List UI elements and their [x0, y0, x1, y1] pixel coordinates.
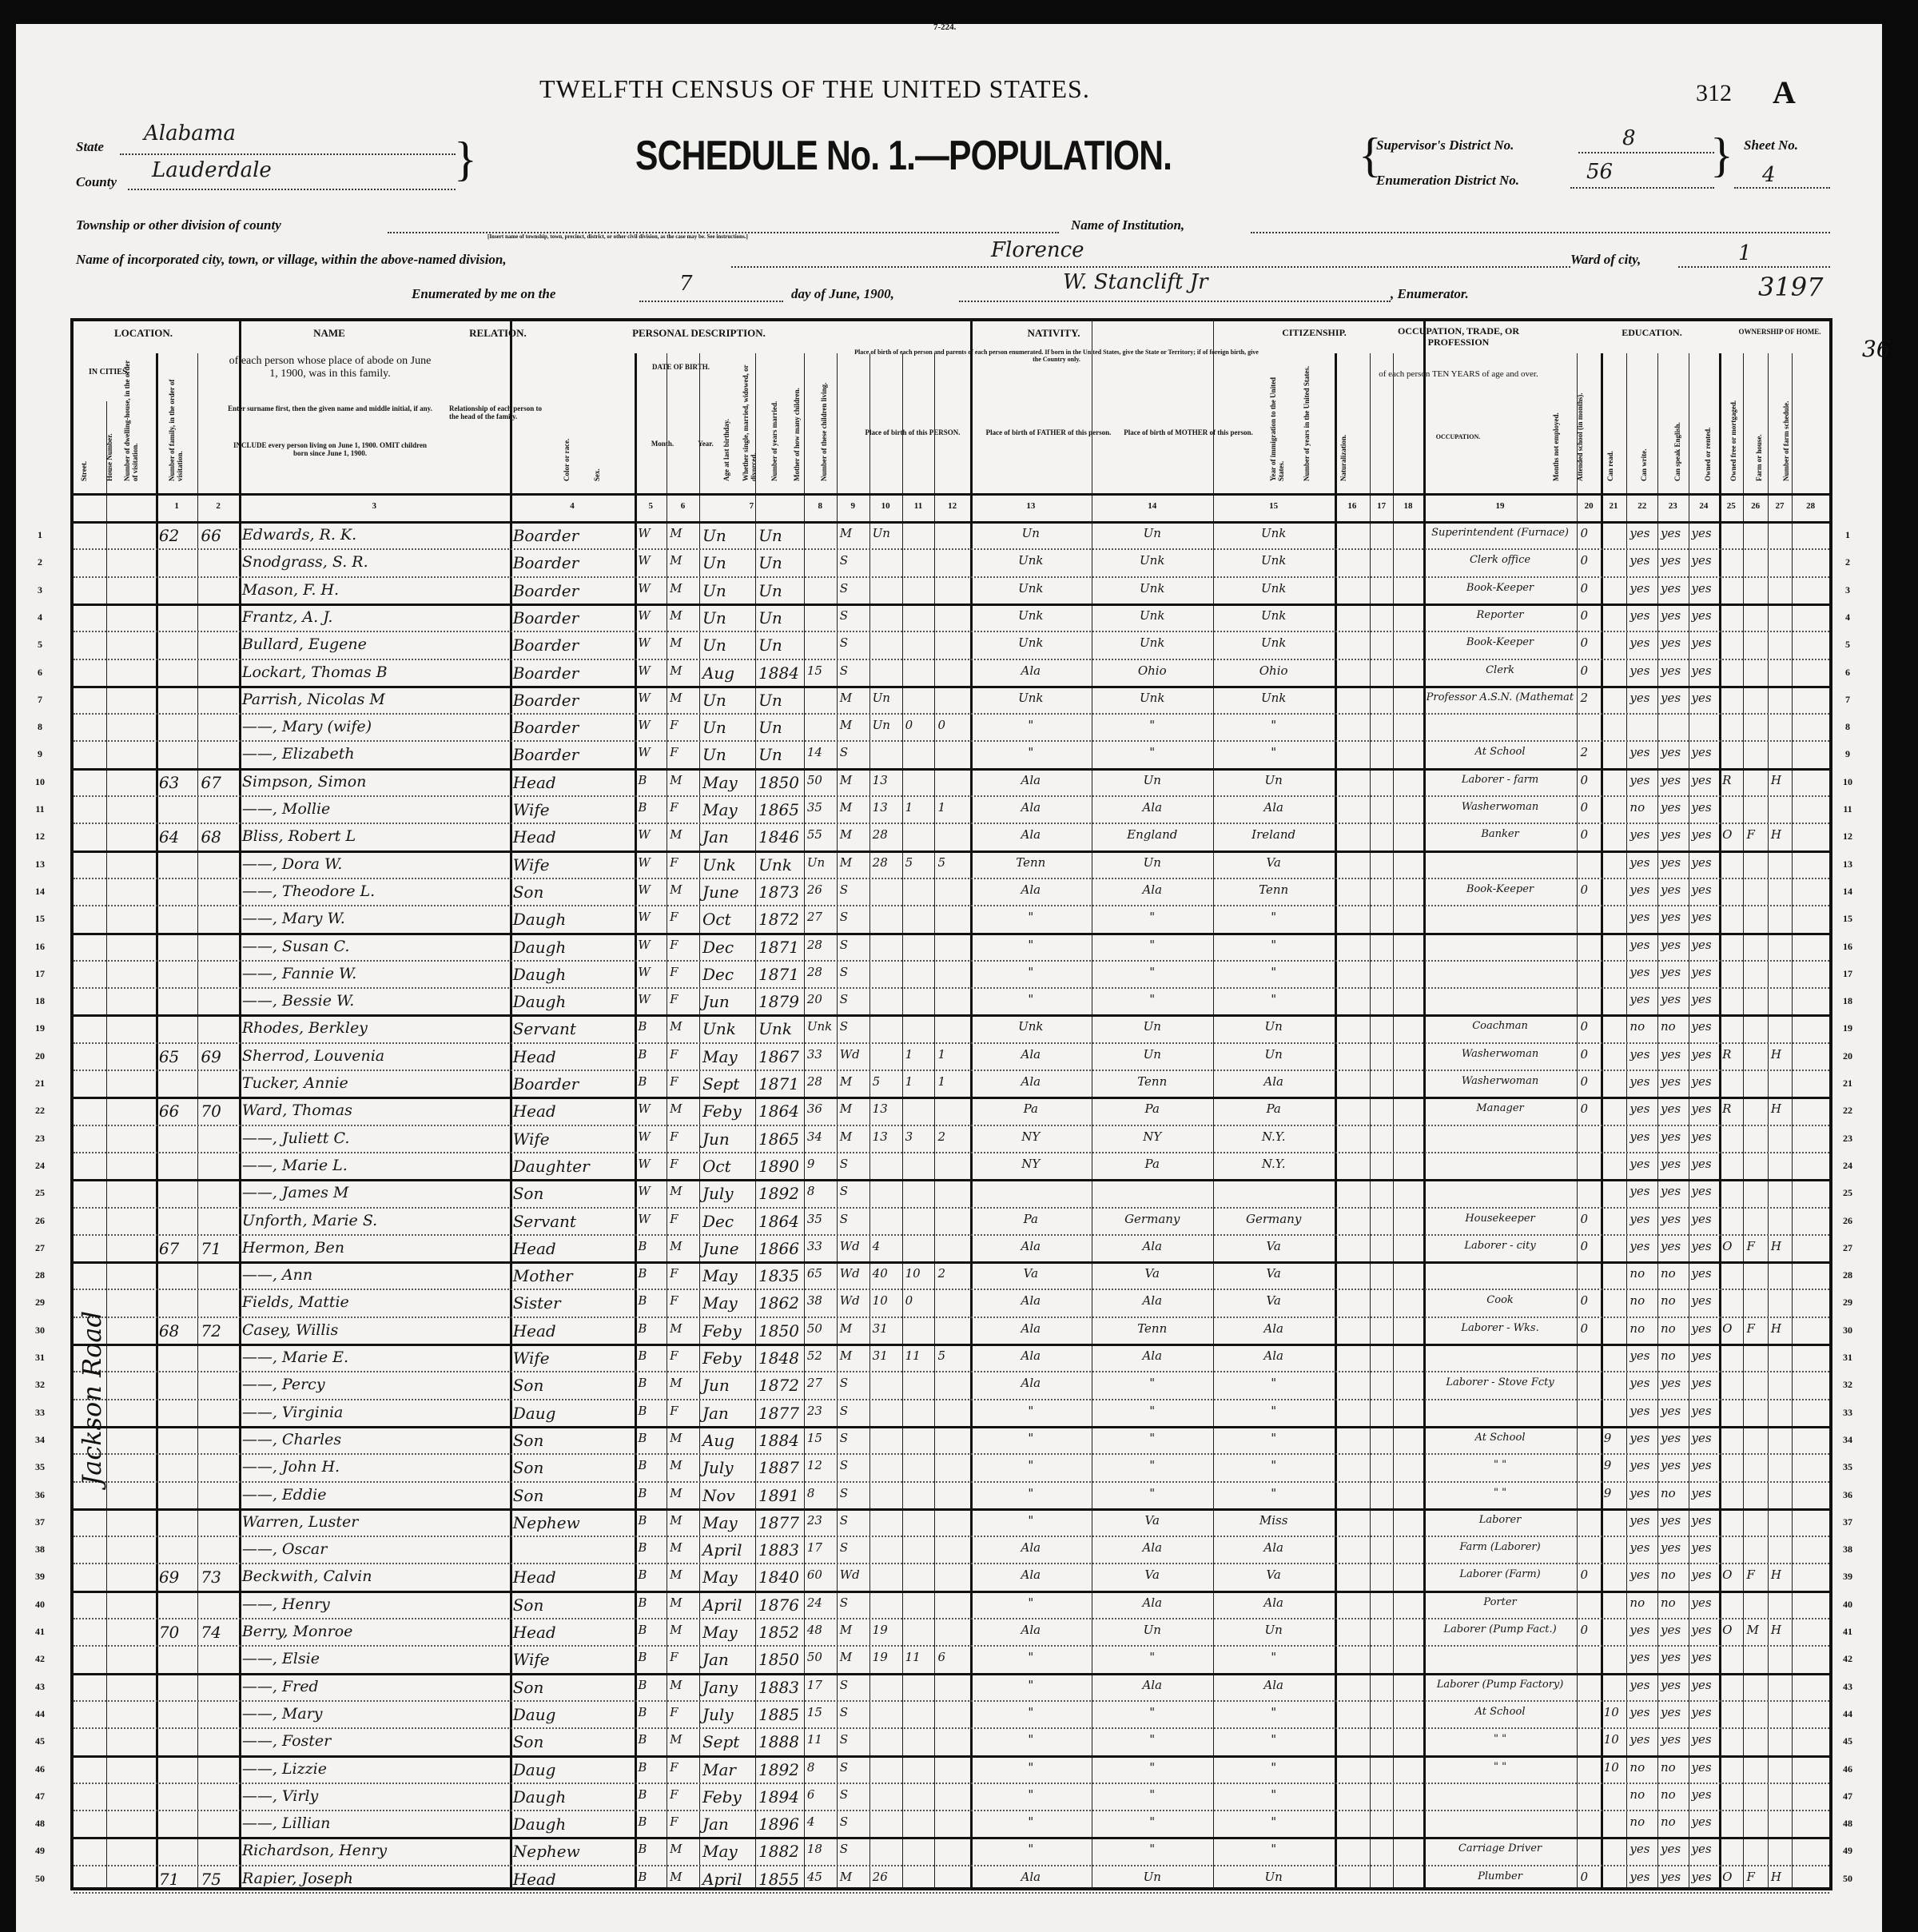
county-value: Lauderdale [152, 158, 272, 182]
cell-year: 1871 [758, 1076, 799, 1092]
cell-read: yes [1630, 829, 1649, 841]
cell-bm: Va [1216, 1569, 1331, 1581]
cell-bm: Pa [1216, 1103, 1331, 1115]
table-row: 6569Sherrod, LouveniaHeadBFMay186733Wd11… [74, 1042, 1829, 1070]
cell-name: Snodgrass, S. R. [242, 555, 368, 570]
cell-bm: Tenn [1216, 884, 1331, 896]
row-number-left: 46 [32, 1763, 48, 1775]
cell-sex: F [670, 747, 678, 759]
cell-ms: S [840, 966, 848, 978]
cell-name: ——, Elizabeth [242, 747, 355, 762]
cell-ms: M [840, 857, 852, 869]
cell-name: Casey, Willis [242, 1323, 338, 1338]
cell-bp: Unk [973, 555, 1088, 567]
cell-occ: Housekeeper [1427, 1213, 1574, 1224]
cell-sch: 10 [1604, 1734, 1619, 1746]
cell-bf: " [1095, 1460, 1210, 1472]
cell-color: B [638, 1843, 647, 1855]
cell-fh: H [1771, 1323, 1781, 1335]
cell-occ: Laborer - farm [1427, 775, 1574, 785]
cell-speak: yes [1692, 665, 1712, 677]
cell-color: W [638, 692, 650, 704]
cell-read: yes [1630, 1871, 1649, 1883]
cell-write: yes [1661, 1158, 1681, 1170]
cell-bp: Ala [973, 1569, 1088, 1581]
cell-name: Edwards, R. K. [242, 528, 356, 543]
cell-bm: Germany [1216, 1213, 1331, 1225]
cell-sex: M [670, 829, 682, 841]
cell-age: 12 [807, 1460, 822, 1472]
cell-bp: " [973, 966, 1088, 978]
cell-sch: 9 [1604, 1488, 1612, 1500]
cell-bf: Un [1095, 775, 1210, 787]
cell-age: 8 [807, 1762, 815, 1774]
cell-bf: Ala [1095, 1597, 1210, 1609]
cell-ym: 10 [873, 1295, 888, 1307]
cell-occ: Clerk [1427, 665, 1574, 675]
cell-mu: 0 [1580, 1021, 1588, 1033]
cell-write: no [1661, 1268, 1676, 1280]
group-occupation: OCCUPATION, TRADE, OR PROFESSION [1367, 326, 1550, 349]
cell-fh: H [1771, 1103, 1781, 1115]
row-number-right: 39 [1840, 1571, 1856, 1583]
cell-color: W [638, 610, 650, 622]
row-number-left: 27 [32, 1242, 48, 1254]
cell-occ: Book-Keeper [1427, 583, 1574, 593]
cell-month: Jan [702, 1651, 729, 1667]
cell-sex: F [670, 1049, 678, 1061]
cell-dw: 66 [159, 1103, 179, 1119]
cell-ms: M [840, 802, 852, 814]
row-number-right: 4 [1840, 611, 1856, 623]
row-number-left: 30 [32, 1325, 48, 1336]
cell-occ: " " [1427, 1762, 1574, 1772]
cell-mc: 0 [905, 719, 913, 731]
cell-sex: F [670, 1405, 678, 1417]
cell-age: Un [807, 857, 825, 869]
cell-dw: 68 [159, 1323, 179, 1339]
cell-bm: " [1216, 1488, 1331, 1500]
cell-write: yes [1661, 1624, 1681, 1636]
cell-occ: " " [1427, 1734, 1574, 1744]
cell-own: O [1722, 1871, 1732, 1883]
cell-rel: Wife [513, 1651, 550, 1667]
occupation-header: OCCUPATION. [1368, 433, 1548, 440]
row-number-right: 34 [1840, 1434, 1856, 1446]
supervisor-label: Supervisor's District No. [1376, 137, 1514, 153]
cell-ms: M [840, 829, 852, 841]
cell-year: Un [758, 692, 782, 708]
cell-bp: " [973, 911, 1088, 923]
cell-sex: F [670, 911, 678, 923]
table-row: ——, Marie L.DaughterWFOct18909SNYPaN.Y.y… [74, 1152, 1829, 1179]
cell-read: yes [1630, 966, 1649, 978]
cell-sex: F [670, 719, 678, 731]
cell-ms: S [840, 1377, 848, 1389]
cell-name: ——, Elsie [242, 1651, 320, 1667]
cell-color: W [638, 857, 650, 869]
cell-bm: " [1216, 1460, 1331, 1472]
occupation-description: of each person TEN YEARS of age and over… [1367, 369, 1550, 380]
cell-name: Beckwith, Calvin [242, 1569, 372, 1584]
cell-year: Un [758, 747, 782, 763]
cell-month: May [702, 1624, 738, 1640]
cell-read: yes [1630, 637, 1649, 649]
cell-speak: yes [1692, 1597, 1712, 1609]
row-number-right: 2 [1840, 556, 1856, 568]
cell-sex: F [670, 1295, 678, 1307]
cell-ms: S [840, 884, 848, 896]
cell-bm: " [1216, 1707, 1331, 1719]
enumerator-line [959, 301, 1391, 302]
cell-bf: Va [1095, 1515, 1210, 1527]
cell-rel: Head [513, 1103, 556, 1119]
cell-occ: Washerwoman [1427, 1049, 1574, 1059]
cell-name: ——, Dora W. [242, 857, 342, 872]
cell-color: W [638, 1213, 650, 1225]
cell-name: ——, Bessie W. [242, 994, 354, 1009]
cell-speak: yes [1692, 747, 1712, 759]
row-number-left: 20 [32, 1050, 48, 1062]
column-number: 17 [1370, 501, 1393, 511]
date-of-birth-header: DATE OF BIRTH. [645, 363, 717, 371]
cell-month: Un [702, 747, 726, 763]
cell-bf: " [1095, 719, 1210, 731]
cell-rel: Daugh [513, 1789, 567, 1805]
cell-sex: M [670, 1103, 682, 1115]
cell-bp: Ala [973, 775, 1088, 787]
cell-mc: 0 [905, 1295, 913, 1307]
cell-read: no [1630, 1268, 1645, 1280]
cell-name: ——, Marie E. [242, 1350, 348, 1365]
cell-dw: 65 [159, 1049, 179, 1065]
cell-ms: S [840, 1679, 848, 1691]
cell-write: yes [1661, 637, 1681, 649]
column-number: 22 [1626, 501, 1657, 511]
cell-fam: 71 [201, 1241, 221, 1257]
cell-fh: H [1771, 1624, 1781, 1636]
year-header: Year. [686, 440, 726, 448]
stamp-number: 3197 [1758, 272, 1823, 302]
row-number-right: 26 [1840, 1215, 1856, 1227]
cell-month: Dec [702, 939, 734, 955]
cell-read: yes [1630, 1076, 1649, 1088]
cell-bm: " [1216, 1432, 1331, 1444]
row-number-right: 38 [1840, 1544, 1856, 1556]
cell-bp: " [973, 747, 1088, 759]
cell-bp: " [973, 1679, 1088, 1691]
cell-bm: Un [1216, 1021, 1331, 1033]
cell-ms: S [840, 1789, 848, 1801]
cell-speak: yes [1692, 1350, 1712, 1362]
cell-month: Jun [702, 1377, 730, 1393]
table-row: ——, EddieSonBMNov18918S"""" "9yesnoyes [74, 1481, 1829, 1508]
cell-bf: Tenn [1095, 1076, 1210, 1088]
cell-speak: yes [1692, 1762, 1712, 1774]
cell-bp: Unk [973, 1021, 1088, 1033]
cell-read: yes [1630, 1213, 1649, 1225]
cell-ms: S [840, 1432, 848, 1444]
cell-month: Jun [702, 1131, 730, 1147]
header-can-write: Can write. [1640, 417, 1648, 481]
table-row: ——, Juliett C.WifeWFJun186534M1332NYNYN.… [74, 1125, 1829, 1152]
cell-bm: Un [1216, 1871, 1331, 1883]
cell-ms: S [840, 1762, 848, 1774]
cell-bp: NY [973, 1158, 1088, 1170]
cell-occ: Coachman [1427, 1021, 1574, 1031]
cell-month: Un [702, 719, 726, 735]
header-age: Age at last birthday. [722, 361, 730, 481]
header-color: Color or race. [563, 401, 571, 481]
cell-mu: 0 [1580, 583, 1588, 595]
cell-bf: Germany [1095, 1213, 1210, 1225]
cell-speak: yes [1692, 911, 1712, 923]
cell-rel: Boarder [513, 747, 579, 763]
cell-sex: F [670, 1076, 678, 1088]
cell-year: 1888 [758, 1734, 799, 1750]
enumerated-suffix: day of June, 1900, [791, 286, 894, 302]
cell-fh: H [1771, 1241, 1781, 1253]
row-number-right: 19 [1840, 1022, 1856, 1034]
cell-sex: M [670, 1241, 682, 1253]
cell-mu: 0 [1580, 610, 1588, 622]
cell-read: yes [1630, 1651, 1649, 1663]
row-number-left: 40 [32, 1599, 48, 1611]
cell-write: yes [1661, 555, 1681, 567]
cell-mu: 0 [1580, 884, 1588, 896]
cell-ms: S [840, 1734, 848, 1746]
cell-write: yes [1661, 911, 1681, 923]
cell-age: 27 [807, 911, 822, 923]
group-location: LOCATION. [74, 328, 213, 340]
cell-bf: Ala [1095, 1350, 1210, 1362]
cell-name: Rhodes, Berkley [242, 1021, 368, 1036]
cell-mu: 0 [1580, 665, 1588, 677]
cell-bp: Ala [973, 802, 1088, 814]
cell-color: B [638, 1871, 647, 1883]
cell-bp: Ala [973, 1350, 1088, 1362]
cell-age: 36 [807, 1103, 822, 1115]
row-number-left: 9 [32, 748, 48, 760]
cell-rel: Daug [513, 1762, 556, 1778]
cell-read: yes [1630, 610, 1649, 622]
cell-ym: 26 [873, 1871, 888, 1883]
column-number: 20 [1577, 501, 1600, 511]
cell-month: Sept [702, 1076, 739, 1092]
cell-age: 50 [807, 775, 822, 787]
cell-ms: M [840, 1076, 852, 1088]
cell-bf: Un [1095, 1624, 1210, 1636]
cell-bf: " [1095, 1843, 1210, 1855]
cell-speak: yes [1692, 1158, 1712, 1170]
cell-age: 38 [807, 1295, 822, 1307]
cell-color: W [638, 994, 650, 1006]
cell-speak: yes [1692, 1103, 1712, 1115]
table-row: ——, HenrySonBMApril187624S"AlaAlaPortern… [74, 1591, 1829, 1618]
table-row: ——, OscarBMApril188317SAlaAlaAlaFarm (La… [74, 1536, 1829, 1563]
cell-age: 50 [807, 1651, 822, 1663]
cell-own: O [1722, 1624, 1732, 1636]
cell-color: W [638, 939, 650, 951]
row-number-right: 25 [1840, 1187, 1856, 1199]
cell-year: 1864 [758, 1103, 799, 1119]
cell-month: Unk [702, 1021, 736, 1037]
cell-cl: 1 [937, 1049, 945, 1061]
cell-write: yes [1661, 994, 1681, 1006]
row-number-left: 50 [32, 1873, 48, 1885]
cell-sex: F [670, 1350, 678, 1362]
cell-speak: yes [1692, 1569, 1712, 1581]
cell-year: 1840 [758, 1569, 799, 1585]
cell-bp: NY [973, 1131, 1088, 1143]
enumerated-label: Enumerated by me on the [412, 286, 555, 302]
enumerator-label: , Enumerator. [1391, 286, 1469, 302]
cell-color: W [638, 1131, 650, 1143]
township-label: Township or other division of county [76, 217, 281, 233]
cell-bf: England [1095, 829, 1210, 841]
cell-bf: " [1095, 1707, 1210, 1719]
row-number-right: 18 [1840, 995, 1856, 1007]
cell-sex: M [670, 1323, 682, 1335]
cell-bp: " [973, 1707, 1088, 1719]
cell-dw: 67 [159, 1241, 179, 1257]
cell-rel: Head [513, 1323, 556, 1339]
cell-month: May [702, 1295, 738, 1311]
cell-bp: " [973, 1651, 1088, 1663]
cell-color: B [638, 1241, 647, 1253]
cell-color: B [638, 1268, 647, 1280]
cell-ms: Wd [840, 1295, 860, 1307]
cell-fam: 69 [201, 1049, 221, 1065]
cell-bm: " [1216, 1405, 1331, 1417]
cell-age: 60 [807, 1569, 822, 1581]
row-number-left: 32 [32, 1379, 48, 1391]
cell-name: ——, Ann [242, 1268, 312, 1283]
cell-write: yes [1661, 802, 1681, 814]
cell-sex: F [670, 1131, 678, 1143]
cell-ms: M [840, 692, 852, 704]
cell-ms: S [840, 747, 848, 759]
cell-ms: S [840, 939, 848, 951]
row-number-left: 3 [32, 584, 48, 596]
cell-month: Aug [702, 665, 734, 681]
cell-color: B [638, 1515, 647, 1527]
cell-name: Simpson, Simon [242, 775, 367, 790]
schedule-title: SCHEDULE No. 1.—POPULATION. [635, 132, 1172, 180]
cell-mu: 0 [1580, 1103, 1588, 1115]
row-number-left: 11 [32, 803, 48, 815]
cell-rel: Daugh [513, 911, 567, 927]
cell-bf: " [1095, 966, 1210, 978]
cell-age: 20 [807, 994, 822, 1006]
row-number-right: 50 [1840, 1873, 1856, 1885]
cell-color: W [638, 1158, 650, 1170]
cell-rel: Nephew [513, 1843, 580, 1859]
cell-sex: M [670, 1843, 682, 1855]
cell-speak: yes [1692, 802, 1712, 814]
row-number-left: 36 [32, 1489, 48, 1501]
cell-color: W [638, 719, 650, 731]
cell-rel: Wife [513, 1131, 550, 1147]
cell-write: yes [1661, 1734, 1681, 1746]
cell-bm: Ala [1216, 1597, 1331, 1609]
cell-bp: " [973, 1405, 1088, 1417]
cell-bf: Un [1095, 1871, 1210, 1883]
cell-sex: M [670, 1734, 682, 1746]
row-number-left: 17 [32, 968, 48, 980]
cell-cl: 2 [937, 1268, 945, 1280]
cell-own: O [1722, 1241, 1732, 1253]
cell-age: 4 [807, 1816, 815, 1828]
cell-mu: 0 [1580, 1213, 1588, 1225]
cell-bm: " [1216, 1816, 1331, 1828]
cell-read: no [1630, 802, 1645, 814]
row-number-right: 44 [1840, 1708, 1856, 1720]
cell-month: Feby [702, 1350, 742, 1366]
row-number-left: 38 [32, 1544, 48, 1556]
cell-age: 6 [807, 1789, 815, 1801]
cell-ms: S [840, 1405, 848, 1417]
table-row: ——, AnnMotherBFMay183565Wd40102VaVaVanon… [74, 1261, 1829, 1289]
cell-write: yes [1661, 829, 1681, 841]
cell-ms: S [840, 1597, 848, 1609]
cell-age: 17 [807, 1542, 822, 1554]
cell-bf: Unk [1095, 555, 1210, 567]
cell-write: no [1661, 1488, 1676, 1500]
cell-mc: 1 [905, 1049, 913, 1061]
cell-bm: Unk [1216, 610, 1331, 622]
cell-age: 15 [807, 1707, 822, 1719]
cell-bm: Un [1216, 775, 1331, 787]
column-number: 8 [804, 501, 837, 511]
cell-write: yes [1661, 528, 1681, 540]
cell-cl: 5 [937, 1350, 945, 1362]
cell-fm: F [1746, 829, 1754, 841]
cell-name: Unforth, Marie S. [242, 1213, 377, 1229]
cell-bm: Miss [1216, 1515, 1331, 1527]
header-mother-of: Mother of how many children. [793, 353, 812, 481]
cell-read: yes [1630, 1131, 1649, 1143]
cell-fm: F [1746, 1241, 1754, 1253]
cell-speak: yes [1692, 1405, 1712, 1417]
cell-fh: H [1771, 829, 1781, 841]
cell-month: Un [702, 692, 726, 708]
cell-sch: 9 [1604, 1460, 1612, 1472]
cell-name: Fields, Mattie [242, 1295, 349, 1310]
cell-mu: 0 [1580, 1323, 1588, 1335]
cell-dw: 71 [159, 1871, 179, 1887]
cell-name: Tucker, Annie [242, 1076, 348, 1091]
brace: } [1710, 128, 1733, 183]
row-number-right: 13 [1840, 858, 1856, 870]
cell-rel: Daugh [513, 966, 567, 982]
table-row: ——, Mary W.DaughWFOct187227S"""yesyesyes [74, 905, 1829, 932]
cell-month: Jany [702, 1679, 738, 1695]
cell-read: yes [1630, 1103, 1649, 1115]
cell-speak: yes [1692, 1515, 1712, 1527]
cell-occ: Carriage Driver [1427, 1843, 1574, 1854]
table-row: ——, CharlesSonBMAug188415S"""At School9y… [74, 1426, 1829, 1453]
row-number-left: 33 [32, 1407, 48, 1419]
brace: } [454, 132, 477, 187]
cell-name: Mason, F. H. [242, 583, 339, 598]
group-personal: PERSONAL DESCRIPTION. [557, 328, 841, 340]
header-family: Number of family, in the order of visita… [168, 353, 190, 481]
cell-bp: Unk [973, 637, 1088, 649]
cell-year: 1867 [758, 1049, 799, 1065]
cell-speak: yes [1692, 1295, 1712, 1307]
cell-speak: yes [1692, 583, 1712, 595]
